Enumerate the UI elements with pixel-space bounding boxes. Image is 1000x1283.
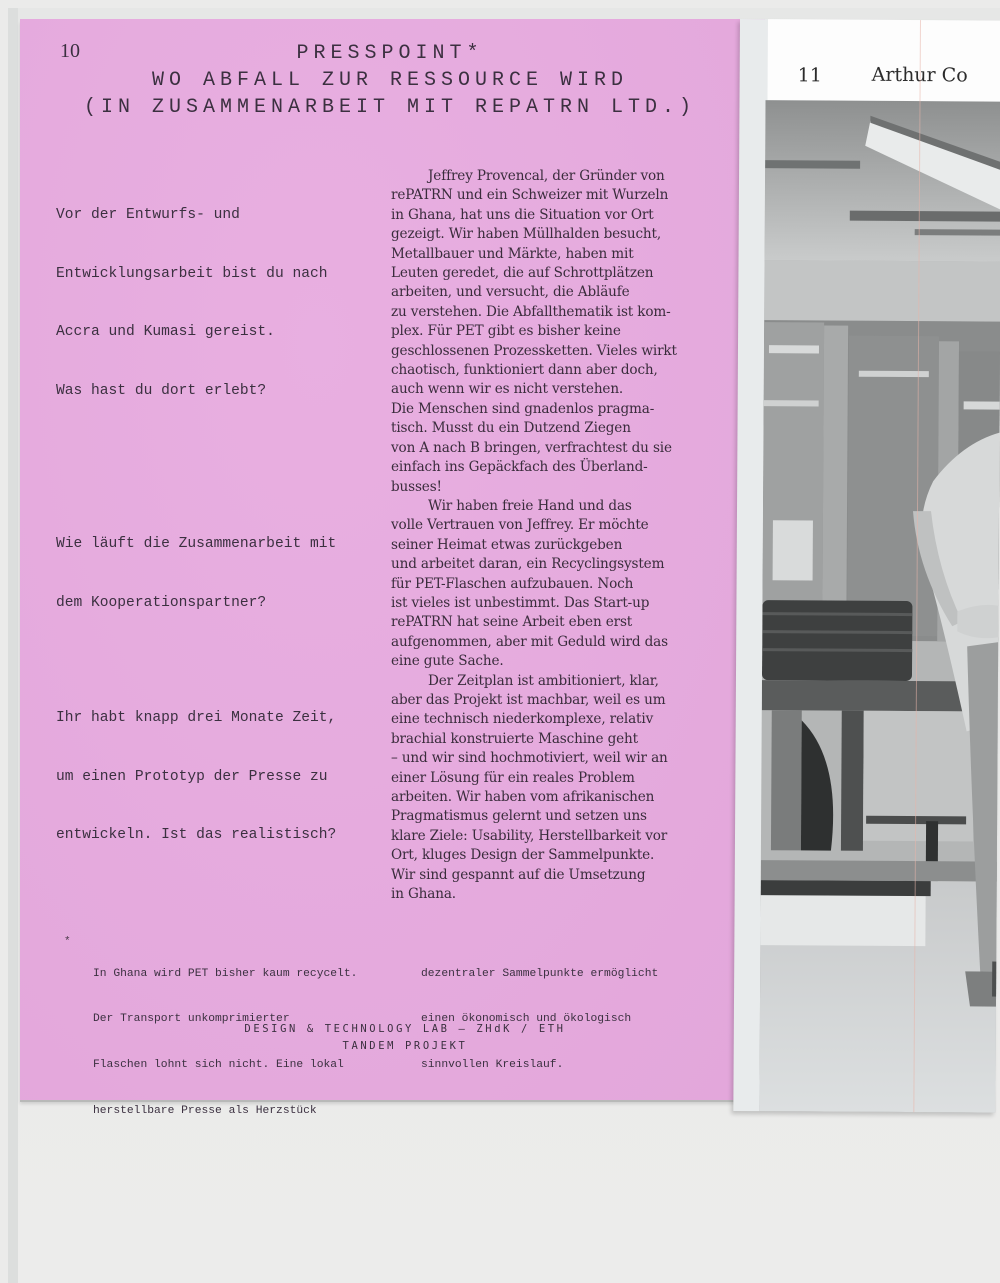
answer-line: busses! [391, 478, 736, 497]
answer-line: aber das Projekt ist machbar, weil es um [391, 691, 736, 710]
answer-line: für PET-Flaschen aufzubauen. Noch [391, 575, 736, 594]
workshop-photo [759, 100, 1000, 1112]
answer-line: Jeffrey Provencal, der Gründer von [391, 167, 736, 186]
answer-line: zu verstehen. Die Abfallthematik ist kom… [391, 303, 736, 322]
question-line: Wie läuft die Zusammenarbeit mit [56, 535, 396, 555]
question-line: dem Kooperationspartner? [56, 594, 396, 614]
answer-line: klare Ziele: Usability, Herstellbarkeit … [391, 827, 736, 846]
question-line: um einen Prototyp der Presse zu [56, 768, 396, 788]
answer-line: Leuten geredet, die auf Schrottplätzen [391, 264, 736, 283]
answer-line: Der Zeitplan ist ambitioniert, klar, [391, 672, 736, 691]
answer-line: einer Lösung für ein reales Problem [391, 769, 736, 788]
answer-line: aufgenommen, aber mit Geduld wird das [391, 633, 736, 652]
credit-block: DESIGN & TECHNOLOGY LAB – ZHdK / ETH TAN… [200, 1021, 610, 1055]
footnote-line: sinnvollen Kreislauf. [421, 1058, 658, 1073]
answer-line: tisch. Musst du ein Dutzend Ziegen [391, 419, 736, 438]
answer-line: Metallbauer und Märkte, haben mit [391, 245, 736, 264]
answer-line: geschlossenen Prozessketten. Vieles wirk… [391, 342, 736, 361]
title-line-1: PRESSPOINT* [60, 40, 720, 67]
answer-line: seiner Heimat etwas zurückgeben [391, 536, 736, 555]
answer-line: und arbeitet daran, ein Recyclingsystem [391, 555, 736, 574]
page-number-right: 11 [798, 64, 822, 86]
answer-line: arbeiten. Wir haben vom afrikanischen [391, 788, 736, 807]
answer-line: Pragmatismus gelernt und setzen uns [391, 807, 736, 826]
answer-line: – und wir sind hochmotiviert, weil wir a… [391, 749, 736, 768]
answer-line: ist vieles ist unbestimmt. Das Start-up [391, 594, 736, 613]
answer-3: Der Zeitplan ist ambitioniert, klar, abe… [391, 672, 736, 905]
answer-line: in Ghana, hat uns die Situation vor Ort [391, 206, 736, 225]
question-line: Was hast du dort erlebt? [56, 382, 396, 402]
question-line: Ihr habt knapp drei Monate Zeit, [56, 709, 396, 729]
footnote-line: herstellbare Presse als Herzstück [93, 1104, 357, 1119]
question-line: entwickeln. Ist das realistisch? [56, 826, 396, 846]
footnote-line: dezentraler Sammelpunkte ermöglicht [421, 967, 658, 982]
title-line-2: WO ABFALL ZUR RESSOURCE WIRD [60, 67, 720, 94]
answer-1: Jeffrey Provencal, der Gründer von rePAT… [391, 167, 736, 497]
answers-column: Jeffrey Provencal, der Gründer von rePAT… [391, 150, 736, 904]
answer-line: volle Vertrauen von Jeffrey. Er möchte [391, 516, 736, 535]
footnote-line: Flaschen lohnt sich nicht. Eine lokal [93, 1058, 357, 1073]
question-3: Ihr habt knapp drei Monate Zeit, um eine… [56, 670, 396, 865]
answer-line: in Ghana. [391, 885, 736, 904]
answer-line: plex. Für PET gibt es bisher keine [391, 322, 736, 341]
question-2: Wie läuft die Zusammenarbeit mit dem Koo… [56, 496, 396, 633]
question-line: Entwicklungsarbeit bist du nach [56, 265, 396, 285]
answer-line: gezeigt. Wir haben Müllhalden besucht, [391, 225, 736, 244]
answer-line: chaotisch, funktioniert dann aber doch, [391, 361, 736, 380]
footnote-marker: * [64, 936, 71, 948]
answer-line: brachial konstruierte Maschine geht [391, 730, 736, 749]
right-page: 11 Arthur Co [733, 19, 1000, 1113]
answer-line: Ort, kluges Design der Sammelpunkte. [391, 846, 736, 865]
answer-line: Die Menschen sind gnadenlos pragma- [391, 400, 736, 419]
answer-line: arbeiten, und versucht, die Abläufe [391, 283, 736, 302]
answer-line: von A nach B bringen, verfrachtest du si… [391, 439, 736, 458]
answer-line: Wir haben freie Hand und das [391, 497, 736, 516]
credit-line: DESIGN & TECHNOLOGY LAB – ZHdK / ETH [200, 1021, 610, 1038]
footnote-right-column: dezentraler Sammelpunkte ermöglicht eine… [421, 936, 658, 1089]
question-line: Vor der Entwurfs- und [56, 206, 396, 226]
photo-illustration [759, 100, 1000, 1112]
answer-line: einfach ins Gepäckfach des Überland- [391, 458, 736, 477]
title-line-3: (IN ZUSAMMENARBEIT MIT REPATRN LTD.) [60, 94, 720, 121]
right-page-header [768, 19, 1000, 101]
answer-line: eine gute Sache. [391, 652, 736, 671]
answer-line: rePATRN und ein Schweizer mit Wurzeln [391, 186, 736, 205]
article-title: PRESSPOINT* WO ABFALL ZUR RESSOURCE WIRD… [60, 40, 720, 121]
answer-line: Wir sind gespannt auf die Umsetzung [391, 866, 736, 885]
question-1: Vor der Entwurfs- und Entwicklungsarbeit… [56, 167, 396, 421]
credit-line: TANDEM PROJEKT [200, 1038, 610, 1055]
answer-line: rePATRN hat seine Arbeit eben erst [391, 613, 736, 632]
answer-2: Wir haben freie Hand und das volle Vertr… [391, 497, 736, 672]
footnote-line: In Ghana wird PET bisher kaum recycelt. [93, 967, 357, 982]
answer-line: auch wenn wir es nicht verstehen. [391, 380, 736, 399]
question-line: Accra und Kumasi gereist. [56, 323, 396, 343]
answer-line: eine technisch niederkomplexe, relativ [391, 710, 736, 729]
scanner-edge [8, 8, 18, 1283]
